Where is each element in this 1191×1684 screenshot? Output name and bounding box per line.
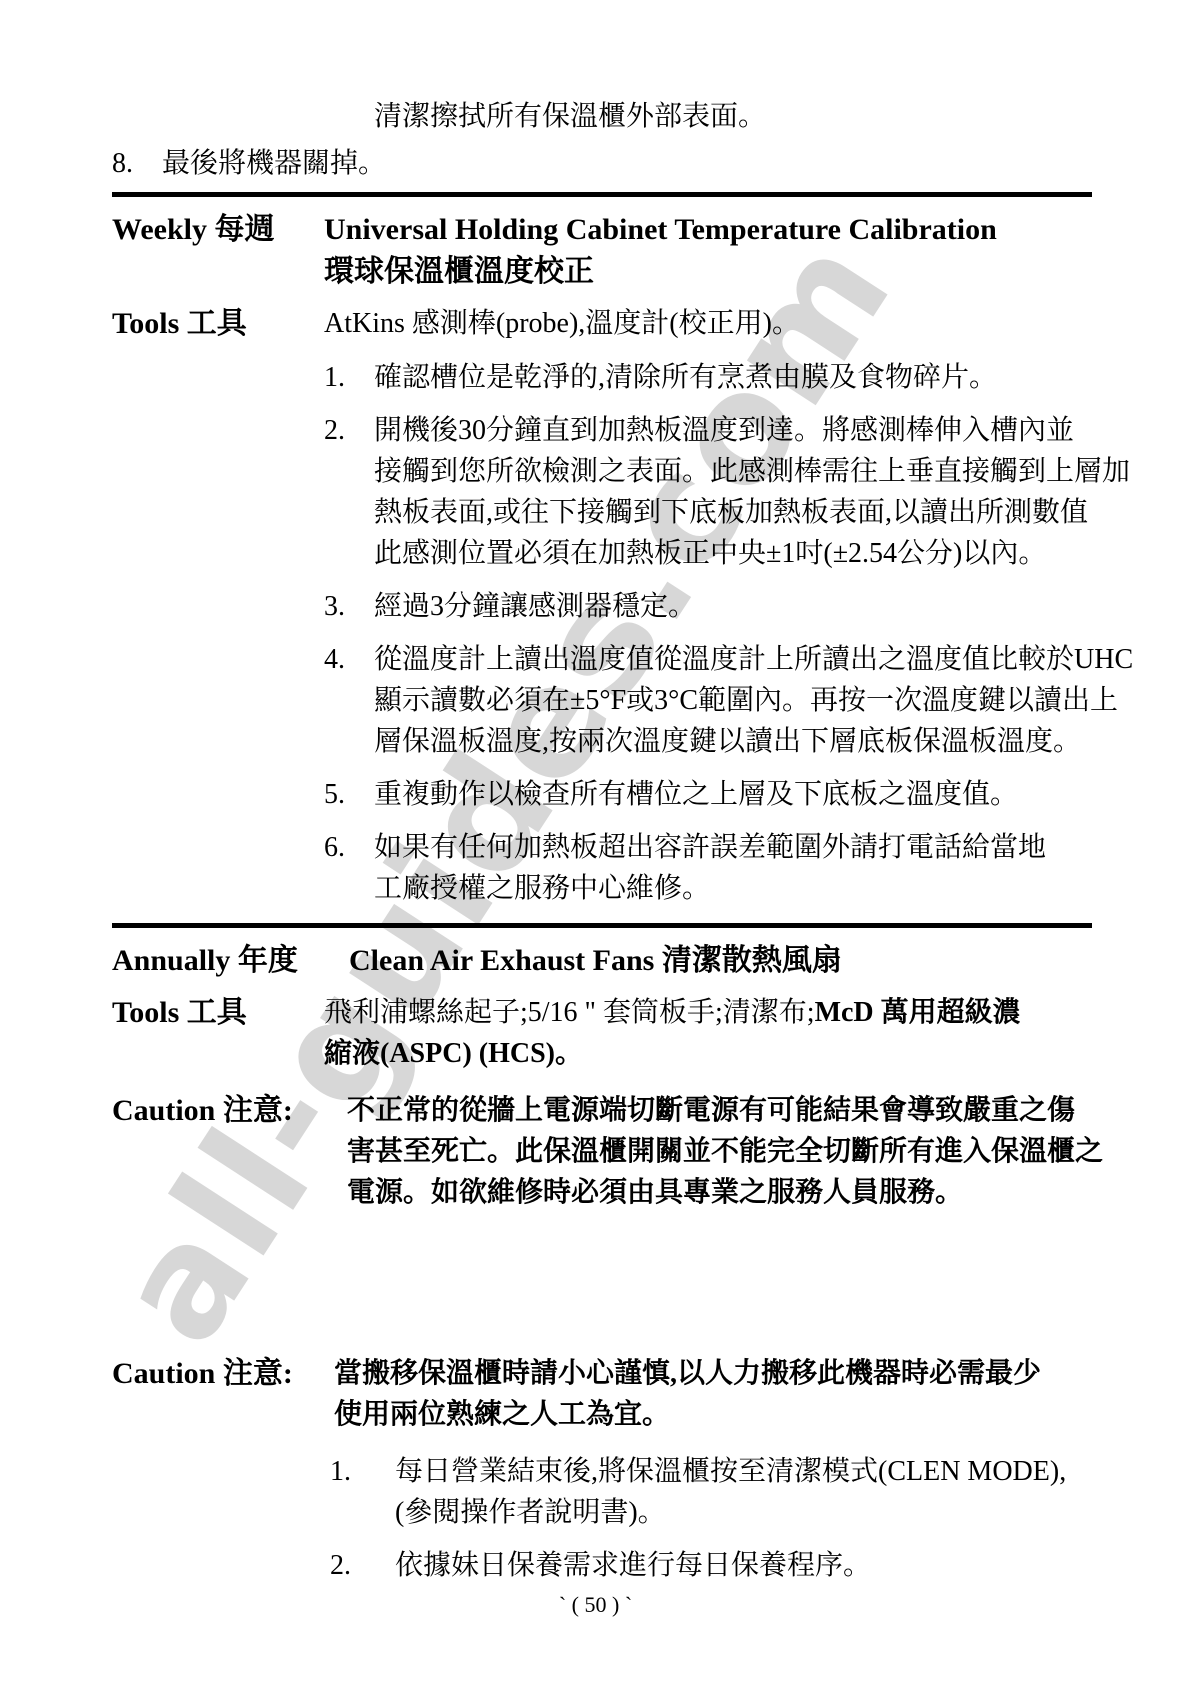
- intro-line: 清潔擦拭所有保溫櫃外部表面。: [374, 96, 1092, 137]
- step-text: 接觸到您所欲檢測之表面。此感測棒需往上垂直接觸到上層加: [374, 451, 1092, 492]
- annually-tools-label: Tools 工具: [112, 992, 324, 1034]
- annually-title: Clean Air Exhaust Fans 清潔散熱風扇: [349, 940, 1092, 982]
- caution-moving-text: 使用兩位熟練之人工為宜。: [334, 1394, 1092, 1435]
- weekly-label: Weekly 每週: [112, 209, 324, 251]
- step-text: 每日營業結束後,將保溫櫃按至清潔模式(CLEN MODE),: [395, 1451, 1092, 1492]
- daily-step-1: 1. 每日營業結束後,將保溫櫃按至清潔模式(CLEN MODE), (參閱操作者…: [330, 1451, 1092, 1533]
- weekly-step-4: 4. 從溫度計上讀出溫度值從溫度計上所讀出之溫度值比較於UHC 顯示讀數必須在±…: [324, 639, 1092, 762]
- step-number: 2.: [330, 1545, 395, 1586]
- caution-power-label: Caution 注意:: [112, 1090, 324, 1132]
- step-text: 此感測位置必須在加熱板正中央±1吋(±2.54公分)以內。: [374, 533, 1092, 574]
- step-number: 6.: [324, 827, 374, 909]
- step-text: 熱板表面,或往下接觸到下底板加熱板表面,以讀出所測數值: [374, 492, 1092, 533]
- caution-power-text: 電源。如欲維修時必須由具專業之服務人員服務。: [347, 1172, 1092, 1213]
- caution-moving-text: 當搬移保溫櫃時請小心謹慎,以人力搬移此機器時必需最少: [334, 1353, 1092, 1394]
- step-text: 如果有任何加熱板超出容許誤差範圍外請打電話給當地: [374, 827, 1092, 868]
- caution-moving-label: Caution 注意:: [112, 1353, 324, 1395]
- caution-power-text: 不正常的從牆上電源端切斷電源有可能結果會導致嚴重之傷: [347, 1090, 1092, 1131]
- weekly-section-header: Weekly 每週 Universal Holding Cabinet Temp…: [112, 209, 1092, 293]
- annually-tools-row: Tools 工具 飛利浦螺絲起子;5/16 " 套筒板手;清潔布;McD 萬用超…: [112, 992, 1092, 1074]
- weekly-tools-value: AtKins 感測棒(probe),溫度計(校正用)。: [324, 303, 1092, 344]
- annually-tools-line1: 飛利浦螺絲起子;5/16 " 套筒板手;清潔布;McD 萬用超級濃: [324, 992, 1092, 1033]
- weekly-tools-label: Tools 工具: [112, 303, 324, 345]
- weekly-title-zh: 環球保溫櫃溫度校正: [324, 251, 1092, 293]
- step-number: 3.: [324, 586, 374, 627]
- step-text: 層保溫板溫度,按兩次溫度鍵以讀出下層底板保溫板溫度。: [374, 721, 1092, 762]
- step-text: 工廠授權之服務中心維修。: [374, 868, 1092, 909]
- weekly-step-6: 6. 如果有任何加熱板超出容許誤差範圍外請打電話給當地 工廠授權之服務中心維修。: [324, 827, 1092, 909]
- page-number: ` ( 50 ) `: [0, 1592, 1191, 1618]
- step-text: (參閱操作者說明書)。: [395, 1492, 1092, 1533]
- step-text: 開機後30分鐘直到加熱板溫度到達。將感測棒伸入槽內並: [374, 410, 1092, 451]
- manual-page: all-guides.com 清潔擦拭所有保溫櫃外部表面。 8. 最後將機器關掉…: [0, 0, 1191, 1684]
- weekly-step-3: 3. 經過3分鐘讓感測器穩定。: [324, 586, 1092, 627]
- caution-moving-row: Caution 注意: 當搬移保溫櫃時請小心謹慎,以人力搬移此機器時必需最少 使…: [112, 1353, 1092, 1435]
- weekly-tools-row: Tools 工具 AtKins 感測棒(probe),溫度計(校正用)。: [112, 303, 1092, 345]
- annually-tools-regular: 飛利浦螺絲起子;5/16 " 套筒板手;清潔布;: [324, 997, 815, 1028]
- weekly-title-en: Universal Holding Cabinet Temperature Ca…: [324, 209, 1092, 251]
- annually-tools-bold: McD 萬用超級濃: [815, 997, 1021, 1028]
- weekly-step-1: 1. 確認槽位是乾淨的,清除所有烹煮由膜及食物碎片。: [324, 357, 1092, 398]
- step-number: 5.: [324, 774, 374, 815]
- weekly-steps-list: 1. 確認槽位是乾淨的,清除所有烹煮由膜及食物碎片。 2. 開機後30分鐘直到加…: [324, 357, 1092, 909]
- weekly-step-5: 5. 重複動作以檢查所有槽位之上層及下底板之溫度值。: [324, 774, 1092, 815]
- step-number: 1.: [324, 357, 374, 398]
- list-item-8-number: 8.: [112, 143, 162, 184]
- step-number: 1.: [330, 1451, 395, 1533]
- step-number: 4.: [324, 639, 374, 762]
- caution-power-row: Caution 注意: 不正常的從牆上電源端切斷電源有可能結果會導致嚴重之傷 害…: [112, 1090, 1092, 1213]
- step-text: 重複動作以檢查所有槽位之上層及下底板之溫度值。: [374, 774, 1092, 815]
- weekly-step-2: 2. 開機後30分鐘直到加熱板溫度到達。將感測棒伸入槽內並 接觸到您所欲檢測之表…: [324, 410, 1092, 574]
- page-content: 清潔擦拭所有保溫櫃外部表面。 8. 最後將機器關掉。 Weekly 每週 Uni…: [0, 0, 1191, 1586]
- annually-label: Annually 年度: [112, 940, 324, 982]
- annually-section-header: Annually 年度 Clean Air Exhaust Fans 清潔散熱風…: [112, 940, 1092, 982]
- weekly-title-block: Universal Holding Cabinet Temperature Ca…: [324, 209, 1092, 293]
- section-divider-1: [112, 192, 1092, 197]
- step-text: 從溫度計上讀出溫度值從溫度計上所讀出之溫度值比較於UHC: [374, 639, 1092, 680]
- annually-tools-line2: 縮液(ASPC) (HCS)。: [324, 1033, 1092, 1074]
- caution-power-text: 害甚至死亡。此保溫櫃開關並不能完全切斷所有進入保溫櫃之: [347, 1131, 1092, 1172]
- section-divider-2: [112, 923, 1092, 928]
- list-item-8: 8. 最後將機器關掉。: [112, 143, 1092, 184]
- step-text: 經過3分鐘讓感測器穩定。: [374, 586, 1092, 627]
- list-item-8-text: 最後將機器關掉。: [162, 143, 386, 184]
- step-text: 確認槽位是乾淨的,清除所有烹煮由膜及食物碎片。: [374, 357, 1092, 398]
- step-text: 顯示讀數必須在±5°F或3°C範圍內。再按一次溫度鍵以讀出上: [374, 680, 1092, 721]
- daily-steps-list: 1. 每日營業結束後,將保溫櫃按至清潔模式(CLEN MODE), (參閱操作者…: [330, 1451, 1092, 1586]
- step-number: 2.: [324, 410, 374, 574]
- daily-step-2: 2. 依據妹日保養需求進行每日保養程序。: [330, 1545, 1092, 1586]
- step-text: 依據妹日保養需求進行每日保養程序。: [395, 1545, 1092, 1586]
